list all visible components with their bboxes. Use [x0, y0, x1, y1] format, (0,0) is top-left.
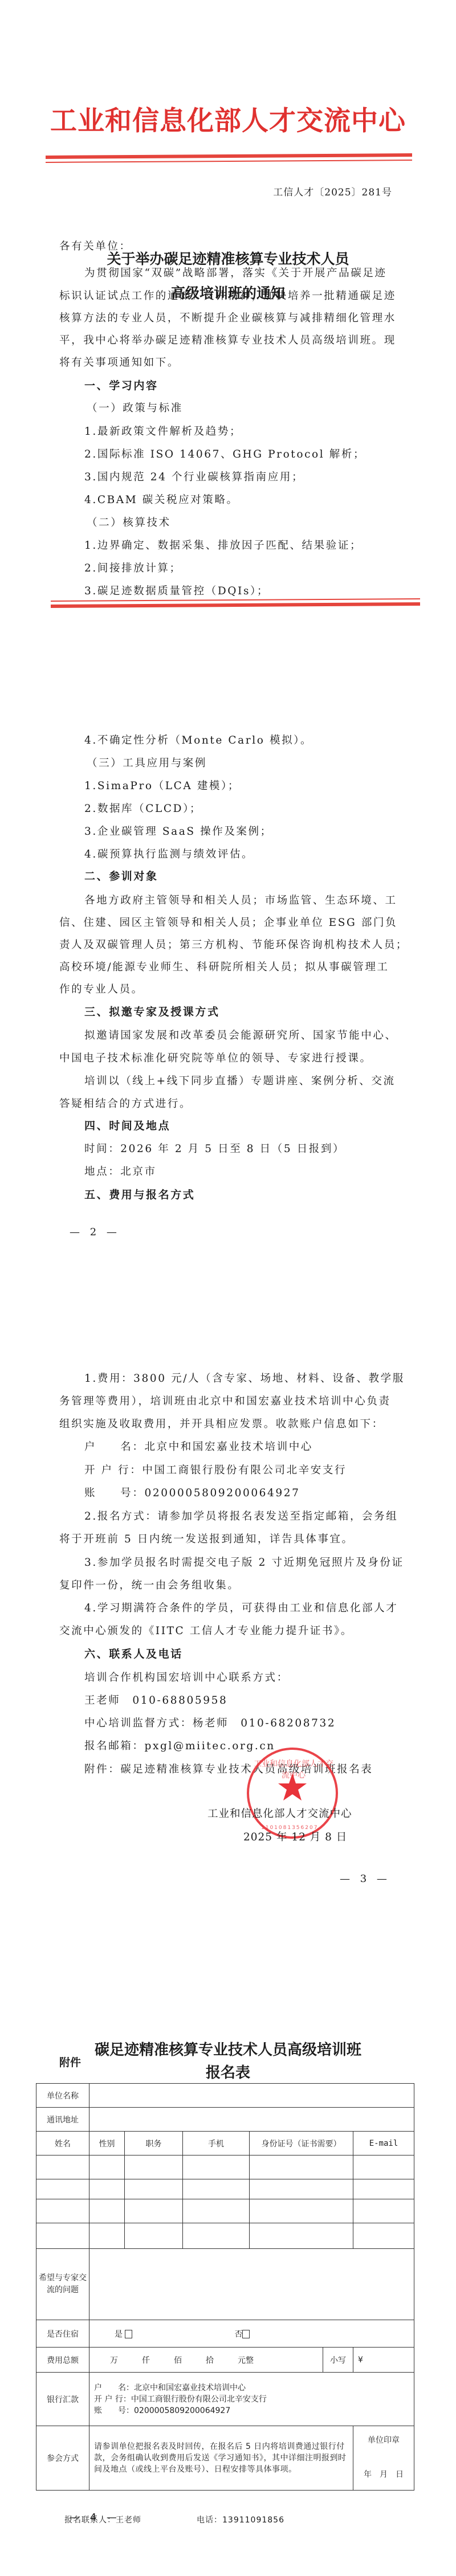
intro-line: 为贯彻国家“双碳”战略部署，落实《关于开展产品碳足迹: [84, 268, 387, 279]
registration-form-table: 单位名称 通讯地址 姓名 性别 职务 手机 身份证号（证书需要） E-mail …: [36, 2083, 414, 2491]
list-item: 2.间接排放计算；: [84, 563, 182, 574]
training-place: 地点：北京市: [84, 1166, 157, 1178]
footer-thin-rule: [51, 598, 420, 602]
list-item: 3.国内规范 24 个行业碳核算指南应用；: [84, 472, 304, 483]
bank-name: 开 户 行：中国工商银行股份有限公司北辛安支行: [94, 2394, 409, 2405]
cell-gender[interactable]: [89, 2179, 125, 2199]
footer-thick-rule: [51, 602, 420, 608]
form-title-line1: 碳足迹精准核算专业技术人员高级培训班: [0, 2039, 456, 2061]
list-item: 4.CBAM 碳关税应对策略。: [84, 495, 239, 506]
fee-unit-bai: 佰: [174, 2354, 182, 2366]
subsection-heading: （二）核算技术: [87, 517, 171, 529]
lodging-no-label: 否: [234, 2330, 242, 2339]
page-number: — 2 —: [70, 1226, 120, 1238]
col-header-mobile: 手机: [183, 2132, 250, 2155]
paragraph-line: 1.费用：3800 元/人（含专家、场地、材料、设备、教学服: [84, 1373, 405, 1385]
section-heading-experts: 三、拟邀专家及授课方式: [84, 1006, 220, 1018]
label-unit-seal: 单位印章: [358, 2434, 409, 2446]
lodging-yes-label: 是: [115, 2330, 123, 2339]
contact-wang: 王老师 010-68805958: [84, 1695, 227, 1707]
list-item: 2.数据库（CLCD）；: [84, 803, 202, 815]
lodging-yes-checkbox[interactable]: [125, 2330, 132, 2338]
cell-email[interactable]: [353, 2155, 414, 2179]
seal-text: 工业和信息化部人才交流中心: [251, 1758, 336, 1781]
subsection-heading: （三）工具应用与案例: [87, 758, 207, 769]
intro-line: 标识认证试点工作的通知》文件精神，加快培养一批精通碳足迹: [59, 291, 396, 302]
label-lodging: 是否住宿: [36, 2320, 89, 2348]
cell-name[interactable]: [36, 2223, 89, 2249]
letterhead-thin-rule: [46, 160, 412, 163]
fee-unit-shi: 拾: [206, 2354, 214, 2366]
input-expert-questions[interactable]: [89, 2249, 414, 2320]
paragraph-line: 培训合作机构国宏培训中心联系方式：: [84, 1672, 289, 1684]
cell-position[interactable]: [125, 2223, 183, 2249]
seal-date: 年 月 日: [358, 2468, 409, 2480]
paragraph-line: 4.学习期满符合条件的学员，可获得由工业和信息化部人才: [84, 1603, 398, 1614]
paragraph-line: 答疑相结合的方式进行。: [59, 1099, 192, 1110]
col-header-name: 姓名: [36, 2132, 89, 2155]
paragraph-line: 信、住建、园区主管领导和相关人员；企事业单位 ESG 部门负: [59, 917, 397, 929]
cell-gender[interactable]: [89, 2155, 125, 2179]
cell-position[interactable]: [125, 2179, 183, 2199]
fee-unit-wan: 万: [110, 2354, 118, 2366]
label-fee-small: 小写: [323, 2348, 353, 2372]
paragraph-line: 3.参加学员报名时需提交电子版 2 寸近期免冠照片及身份证: [84, 1557, 404, 1569]
paragraph-line: 复印件一份，统一由会务组收集。: [59, 1580, 240, 1591]
cell-email[interactable]: [353, 2199, 414, 2223]
list-item: 4.不确定性分析（Monte Carlo 模拟）。: [84, 735, 312, 746]
bank-account-number: 账 号：0200005809200064927: [94, 2405, 409, 2416]
table-row: [36, 2223, 414, 2249]
section-heading-study-content: 一、学习内容: [84, 380, 158, 391]
contact-yang: 中心培训监督方式：杨老师 010-68208732: [84, 1718, 336, 1729]
label-unit-name: 单位名称: [36, 2084, 89, 2108]
notice-title-line1: 关于举办碳足迹精准核算专业技术人员: [0, 251, 456, 268]
section-heading-time-place: 四、时间及地点: [84, 1120, 170, 1132]
currency-symbol: ¥: [358, 2355, 363, 2365]
col-header-id-number: 身份证号（证书需要）: [250, 2132, 353, 2155]
bank-account-name: 户 名：北京中和国宏嘉业技术培训中心: [94, 2382, 409, 2394]
cell-email[interactable]: [353, 2179, 414, 2199]
cell-id-number[interactable]: [250, 2155, 353, 2179]
training-time: 时间：2026 年 2 月 5 日至 8 日（5 日报到）: [84, 1144, 345, 1155]
input-address[interactable]: [89, 2108, 414, 2132]
page-number: — 4 —: [70, 2512, 120, 2524]
document-number: 工信人才〔2025〕281号: [273, 184, 392, 198]
paragraph-line: 组织实施及收取费用，并开具相应发票。收款账户信息如下：: [59, 1419, 384, 1430]
paragraph-line: 高校环境/能源专业师生、科研院所相关人员；拟从事碳管理工: [59, 962, 389, 973]
paragraph-line: 拟邀请国家发展和改革委员会能源研究所、国家节能中心、: [84, 1030, 397, 1042]
salutation: 各有关单位：: [59, 241, 132, 252]
label-fee-total: 费用总额: [36, 2348, 89, 2373]
cell-mobile[interactable]: [183, 2155, 250, 2179]
attendance-method-text: 请参训单位把报名表及时回传，在报名后 5 日内将培训费通过银行付款，会务组确认收…: [89, 2426, 353, 2491]
list-item: 1.最新政策文件解析及趋势；: [84, 426, 242, 438]
cell-position[interactable]: [125, 2155, 183, 2179]
cell-email[interactable]: [353, 2223, 414, 2249]
signature-org: 工业和信息化部人才交流中心: [207, 1808, 352, 1820]
page-number: — 3 —: [340, 1873, 390, 1885]
paragraph-line: 交流中心颁发的《IITC 工信人才专业能力提升证书》。: [59, 1626, 353, 1637]
list-item: 3.碳足迹数据质量管控（DQIs）；: [84, 586, 269, 597]
list-item: 2.国际标准 ISO 14067、GHG Protocol 解析；: [84, 449, 365, 460]
list-item: 1.边界确定、数据采集、排放因子匹配、结果验证；: [84, 540, 362, 552]
org-letterhead-title: 工业和信息化部人才交流中心: [0, 104, 456, 138]
cell-name[interactable]: [36, 2179, 89, 2199]
lodging-no-checkbox[interactable]: [242, 2330, 250, 2338]
cell-position[interactable]: [125, 2199, 183, 2223]
section-heading-participants: 二、参训对象: [84, 871, 158, 882]
paragraph-line: 2.报名方式：请参加学员将报名表发送至指定邮箱，会务组: [84, 1511, 398, 1522]
account-bank: 开 户 行：中国工商银行股份有限公司北辛安支行: [84, 1465, 347, 1476]
fee-unit-yuan: 元整: [238, 2354, 254, 2366]
paragraph-line: 务管理等费用），培训班由北京中和国宏嘉业技术培训中心负责: [59, 1396, 391, 1407]
paragraph-line: 责人及双碳管理人员；第三方机构、节能环保咨询机构技术人员；: [59, 940, 408, 951]
table-row: [36, 2199, 414, 2223]
col-header-gender: 性别: [89, 2132, 125, 2155]
cell-mobile[interactable]: [183, 2179, 250, 2199]
cell-name[interactable]: [36, 2155, 89, 2179]
section-heading-fees: 五、费用与报名方式: [84, 1189, 195, 1201]
letterhead-thick-rule: [46, 153, 412, 159]
label-expert-questions: 希望与专家交流的问题: [36, 2249, 89, 2320]
input-fee-small[interactable]: ¥: [353, 2348, 414, 2373]
section-heading-contacts: 六、联系人及电话: [84, 1648, 183, 1660]
table-row: [36, 2155, 414, 2179]
list-item: 4.碳预算执行监测与绩效评估。: [84, 849, 254, 860]
paragraph-line: 培训以（线上+线下同步直播）专题讲座、案例分析、交流: [84, 1076, 396, 1087]
list-item: 1.SimaPro（LCA 建模）；: [84, 781, 240, 792]
input-fee-uppercase[interactable]: 万 仟 佰 拾 元整: [89, 2354, 323, 2366]
account-name: 户 名：北京中和国宏嘉业技术培训中心: [84, 1442, 313, 1453]
paragraph-line: 将于开班前 5 日内统一发送报到通知，详告具体事宜。: [59, 1534, 354, 1545]
paragraph-line: 各地方政府主管领导和相关人员；市场监管、生态环境、工: [84, 895, 397, 907]
label-attendance-method: 参会方式: [36, 2426, 89, 2491]
fee-unit-qian: 仟: [142, 2354, 150, 2366]
subsection-heading: （一）政策与标准: [87, 403, 183, 414]
intro-line: 核算方法的专业人员，不断提升企业碳核算与减排精细化管理水: [59, 313, 396, 324]
cell-mobile[interactable]: [183, 2199, 250, 2223]
cell-id-number[interactable]: [250, 2223, 353, 2249]
paragraph-line: 中国电子技术标准化研究院等单位的领导、专家进行授课。: [59, 1053, 372, 1064]
list-item: 3.企业碳管理 SaaS 操作及案例；: [84, 826, 272, 838]
seal-code: 1101081356207: [261, 1825, 318, 1831]
label-bank-transfer: 银行汇款: [36, 2373, 89, 2426]
input-unit-name[interactable]: [89, 2084, 414, 2108]
form-title-line2: 报名表: [0, 2061, 456, 2084]
label-address: 通讯地址: [36, 2108, 89, 2132]
cell-id-number[interactable]: [250, 2179, 353, 2199]
col-header-email: E-mail: [353, 2132, 414, 2155]
cell-gender[interactable]: [89, 2199, 125, 2223]
cell-gender[interactable]: [89, 2223, 125, 2249]
signature-date: 2025 年 12 月 8 日: [243, 1832, 347, 1843]
intro-line: 将有关事项通知如下。: [59, 357, 180, 369]
form-contact-phone: 电话：13911091856: [197, 2514, 284, 2525]
paragraph-line: 作的专业人员。: [59, 984, 144, 995]
cell-name[interactable]: [36, 2199, 89, 2223]
column-header-row: 姓名 性别 职务 手机 身份证号（证书需要） E-mail: [36, 2132, 414, 2155]
registration-email[interactable]: 报名邮箱：pxgl@miitec.org.cn: [84, 1741, 275, 1752]
account-number: 账 号：0200005809200064927: [84, 1488, 300, 1499]
cell-mobile[interactable]: [183, 2223, 250, 2249]
cell-id-number[interactable]: [250, 2199, 353, 2223]
intro-line: 平，我中心将举办碳足迹精准核算专业技术人员高级培训班。现: [59, 335, 396, 346]
col-header-position: 职务: [125, 2132, 183, 2155]
table-row: [36, 2179, 414, 2199]
